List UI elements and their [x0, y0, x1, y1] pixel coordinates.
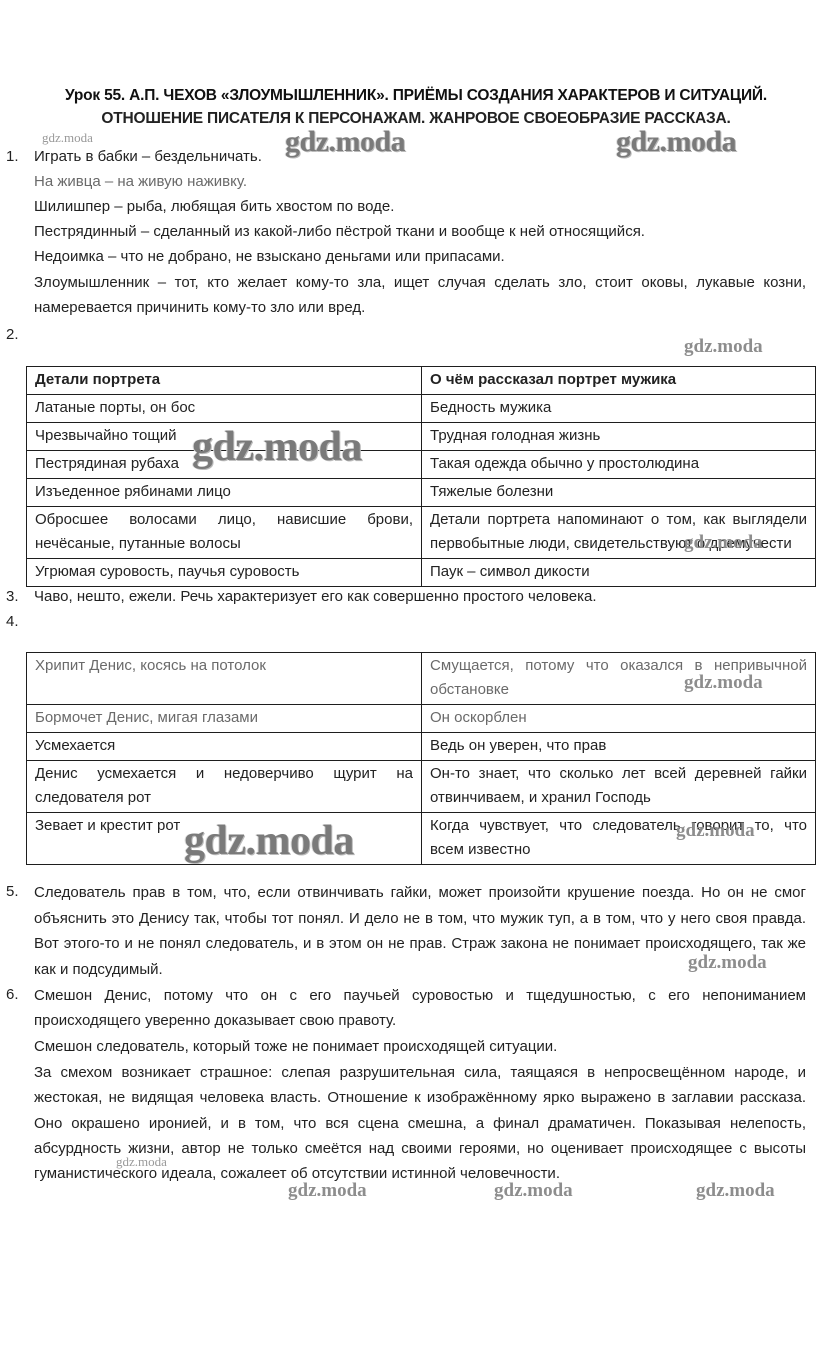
table-row: Бормочет Денис, мигая глазами Он оскорбл… — [27, 705, 816, 733]
table-cell: Усмехается — [27, 733, 422, 761]
table-cell: Паук – символ дикости — [422, 559, 816, 587]
table-row: Изъеденное рябинами лицо Тяжелые болезни — [27, 479, 816, 507]
table-row: Чрезвычайно тощий Трудная голодная жизнь — [27, 423, 816, 451]
watermark-text: gdz.moda — [285, 125, 405, 159]
table-cell: Смущается, потому что оказался в непривы… — [422, 653, 816, 705]
lesson-title-line-1: Урок 55. А.П. ЧЕХОВ «ЗЛОУМЫШЛЕННИК». ПРИ… — [0, 87, 832, 105]
task-2-number: 2. — [6, 326, 19, 343]
table-cell: Он оскорблен — [422, 705, 816, 733]
task-5-number: 5. — [6, 883, 19, 900]
table-row: Усмехается Ведь он уверен, что прав — [27, 733, 816, 761]
table-cell: Тяжелые болезни — [422, 479, 816, 507]
task-6-paragraph: За смехом возникает страшное: слепая раз… — [34, 1060, 806, 1186]
task-1-line: Злоумышленник – тот, кто желает кому-то … — [34, 270, 806, 321]
table-row: Зевает и крестит рот Когда чувствует, чт… — [27, 813, 816, 865]
table-cell: Бормочет Денис, мигая глазами — [27, 705, 422, 733]
task-1-line: Пестрядинный – сделанный из какой-либо п… — [34, 223, 645, 240]
table-cell: Детали портрета напоминают о том, как вы… — [422, 507, 816, 559]
task-4-number: 4. — [6, 613, 19, 630]
table-cell: Изъеденное рябинами лицо — [27, 479, 422, 507]
watermark-text: gdz.moda — [42, 130, 93, 146]
task-3-text: Чаво, нешто, ежели. Речь характеризует е… — [34, 588, 597, 605]
task-6-paragraph: Смешон следователь, который тоже не пони… — [34, 1034, 806, 1059]
table-cell: Трудная голодная жизнь — [422, 423, 816, 451]
table-header-row: Детали портрета О чём рассказал портрет … — [27, 367, 816, 395]
table-row: Денис усмехается и недоверчиво щурит на … — [27, 761, 816, 813]
table-cell: Такая одежда обычно у простолюдина — [422, 451, 816, 479]
table-cell: Ведь он уверен, что прав — [422, 733, 816, 761]
watermark-text: gdz.moda — [684, 336, 763, 358]
task-6-number: 6. — [6, 986, 19, 1003]
task-1-line: Играть в бабки – бездельничать. — [34, 148, 262, 165]
portrait-details-table: Детали портрета О чём рассказал портрет … — [26, 366, 816, 587]
table-row: Хрипит Денис, косясь на потолок Смущаетс… — [27, 653, 816, 705]
table-cell: Бедность мужика — [422, 395, 816, 423]
table-cell: Хрипит Денис, косясь на потолок — [27, 653, 422, 705]
task-3-number: 3. — [6, 588, 19, 605]
task-6-paragraph: Смешон Денис, потому что он с его паучье… — [34, 983, 806, 1034]
table-cell: Денис усмехается и недоверчиво щурит на … — [27, 761, 422, 813]
table-cell: Латаные порты, он бос — [27, 395, 422, 423]
task-1-line: На живца – на живую наживку. — [34, 173, 247, 190]
task-1-line: Шилишпер – рыба, любящая бить хвостом по… — [34, 198, 394, 215]
table-cell: Зевает и крестит рот — [27, 813, 422, 865]
table-cell: Он-то знает, что сколько лет всей деревн… — [422, 761, 816, 813]
watermark-text: gdz.moda — [616, 125, 736, 159]
table-cell: Угрюмая суровость, паучья суровость — [27, 559, 422, 587]
table-header-cell: Детали портрета — [27, 367, 422, 395]
table-row: Обросшее волосами лицо, нависшие брови, … — [27, 507, 816, 559]
table-cell: Пестрядиная рубаха — [27, 451, 422, 479]
denis-behaviour-table: Хрипит Денис, косясь на потолок Смущаетс… — [26, 652, 816, 865]
lesson-title-line-2: ОТНОШЕНИЕ ПИСАТЕЛЯ К ПЕРСОНАЖАМ. ЖАНРОВО… — [0, 110, 832, 128]
table-row: Угрюмая суровость, паучья суровость Паук… — [27, 559, 816, 587]
task-1-number: 1. — [6, 148, 19, 165]
task-1-line: Недоимка – что не добрано, не взыскано д… — [34, 248, 505, 265]
table-cell: Обросшее волосами лицо, нависшие брови, … — [27, 507, 422, 559]
table-cell: Когда чувствует, что следователь говорит… — [422, 813, 816, 865]
table-header-cell: О чём рассказал портрет мужика — [422, 367, 816, 395]
table-row: Пестрядиная рубаха Такая одежда обычно у… — [27, 451, 816, 479]
table-row: Латаные порты, он бос Бедность мужика — [27, 395, 816, 423]
table-cell: Чрезвычайно тощий — [27, 423, 422, 451]
task-5-text: Следователь прав в том, что, если отвинч… — [34, 880, 806, 982]
